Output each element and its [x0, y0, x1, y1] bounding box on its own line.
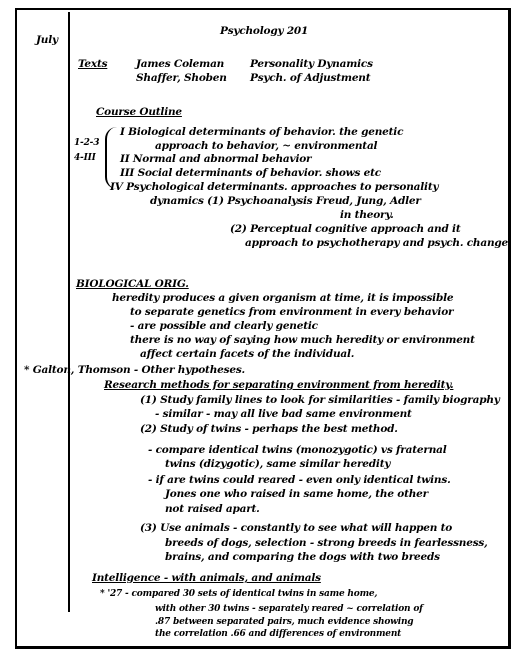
research-line: - compare identical twins (monozygotic) …	[148, 444, 447, 456]
biological-line: to separate genetics from environment in…	[130, 306, 453, 318]
text-author: Shaffer, Shoben	[136, 72, 227, 84]
intelligence-line: * '27 - compared 30 sets of identical tw…	[100, 588, 377, 600]
outline-line: I Biological determinants of behavior. t…	[120, 126, 403, 138]
research-line: twins (dizygotic), same similar heredity	[165, 458, 390, 470]
texts-label: Texts	[78, 58, 107, 70]
outline-brace	[105, 127, 117, 189]
research-line: not raised apart.	[165, 503, 260, 515]
intelligence-line: with other 30 twins - separately reared …	[155, 603, 423, 615]
biological-line: affect certain facets of the individual.	[140, 348, 354, 360]
text-author: James Coleman	[136, 58, 224, 70]
research-line: - if are twins could reared - even only …	[148, 474, 451, 486]
outline-line: dynamics (1) Psychoanalysis Freud, Jung,…	[150, 195, 421, 207]
biological-heading: BIOLOGICAL ORIG.	[76, 278, 189, 290]
research-line: breeds of dogs, selection - strong breed…	[165, 537, 488, 549]
biological-line: heredity produces a given organism at ti…	[112, 292, 453, 304]
margin-note-research: * Galton, Thomson - Other hypotheses.	[24, 364, 245, 376]
biological-line: there is no way of saying how much hered…	[130, 334, 475, 346]
outline-line: III Social determinants of behavior. sho…	[120, 167, 381, 179]
outline-line: II Normal and abnormal behavior	[120, 153, 311, 165]
margin-note: 4-III	[74, 152, 96, 164]
research-line: Jones one who raised in same home, the o…	[165, 488, 428, 500]
outline-line: in theory.	[340, 209, 394, 221]
research-line: (1) Study family lines to look for simil…	[140, 394, 500, 406]
research-line: (3) Use animals - constantly to see what…	[140, 522, 452, 534]
outline-line: approach to behavior, ~ environmental	[155, 140, 377, 152]
research-line: brains, and comparing the dogs with two …	[165, 551, 440, 563]
research-line: (2) Study of twins - perhaps the best me…	[140, 423, 398, 435]
intelligence-heading: Intelligence - with animals, and animals	[92, 572, 321, 584]
margin-rule	[68, 12, 70, 612]
page-title: Psychology 201	[220, 25, 308, 37]
research-line: - similar - may all live bad same enviro…	[155, 408, 412, 420]
text-title: Personality Dynamics	[250, 58, 373, 70]
course-outline-heading: Course Outline	[96, 106, 182, 118]
biological-line: - are possible and clearly genetic	[130, 320, 318, 332]
text-title: Psych. of Adjustment	[250, 72, 370, 84]
research-heading: Research methods for separating environm…	[104, 379, 453, 391]
outline-line: approach to psychotherapy and psych. cha…	[245, 237, 508, 249]
outline-line: (2) Perceptual cognitive approach and it	[230, 223, 461, 235]
intelligence-line: .87 between separated pairs, much eviden…	[155, 616, 413, 628]
margin-date: July	[36, 34, 58, 46]
margin-note: 1-2-3	[74, 137, 99, 149]
outline-line: IV Psychological determinants. approache…	[110, 181, 438, 193]
intelligence-line: the correlation .66 and differences of e…	[155, 628, 401, 640]
